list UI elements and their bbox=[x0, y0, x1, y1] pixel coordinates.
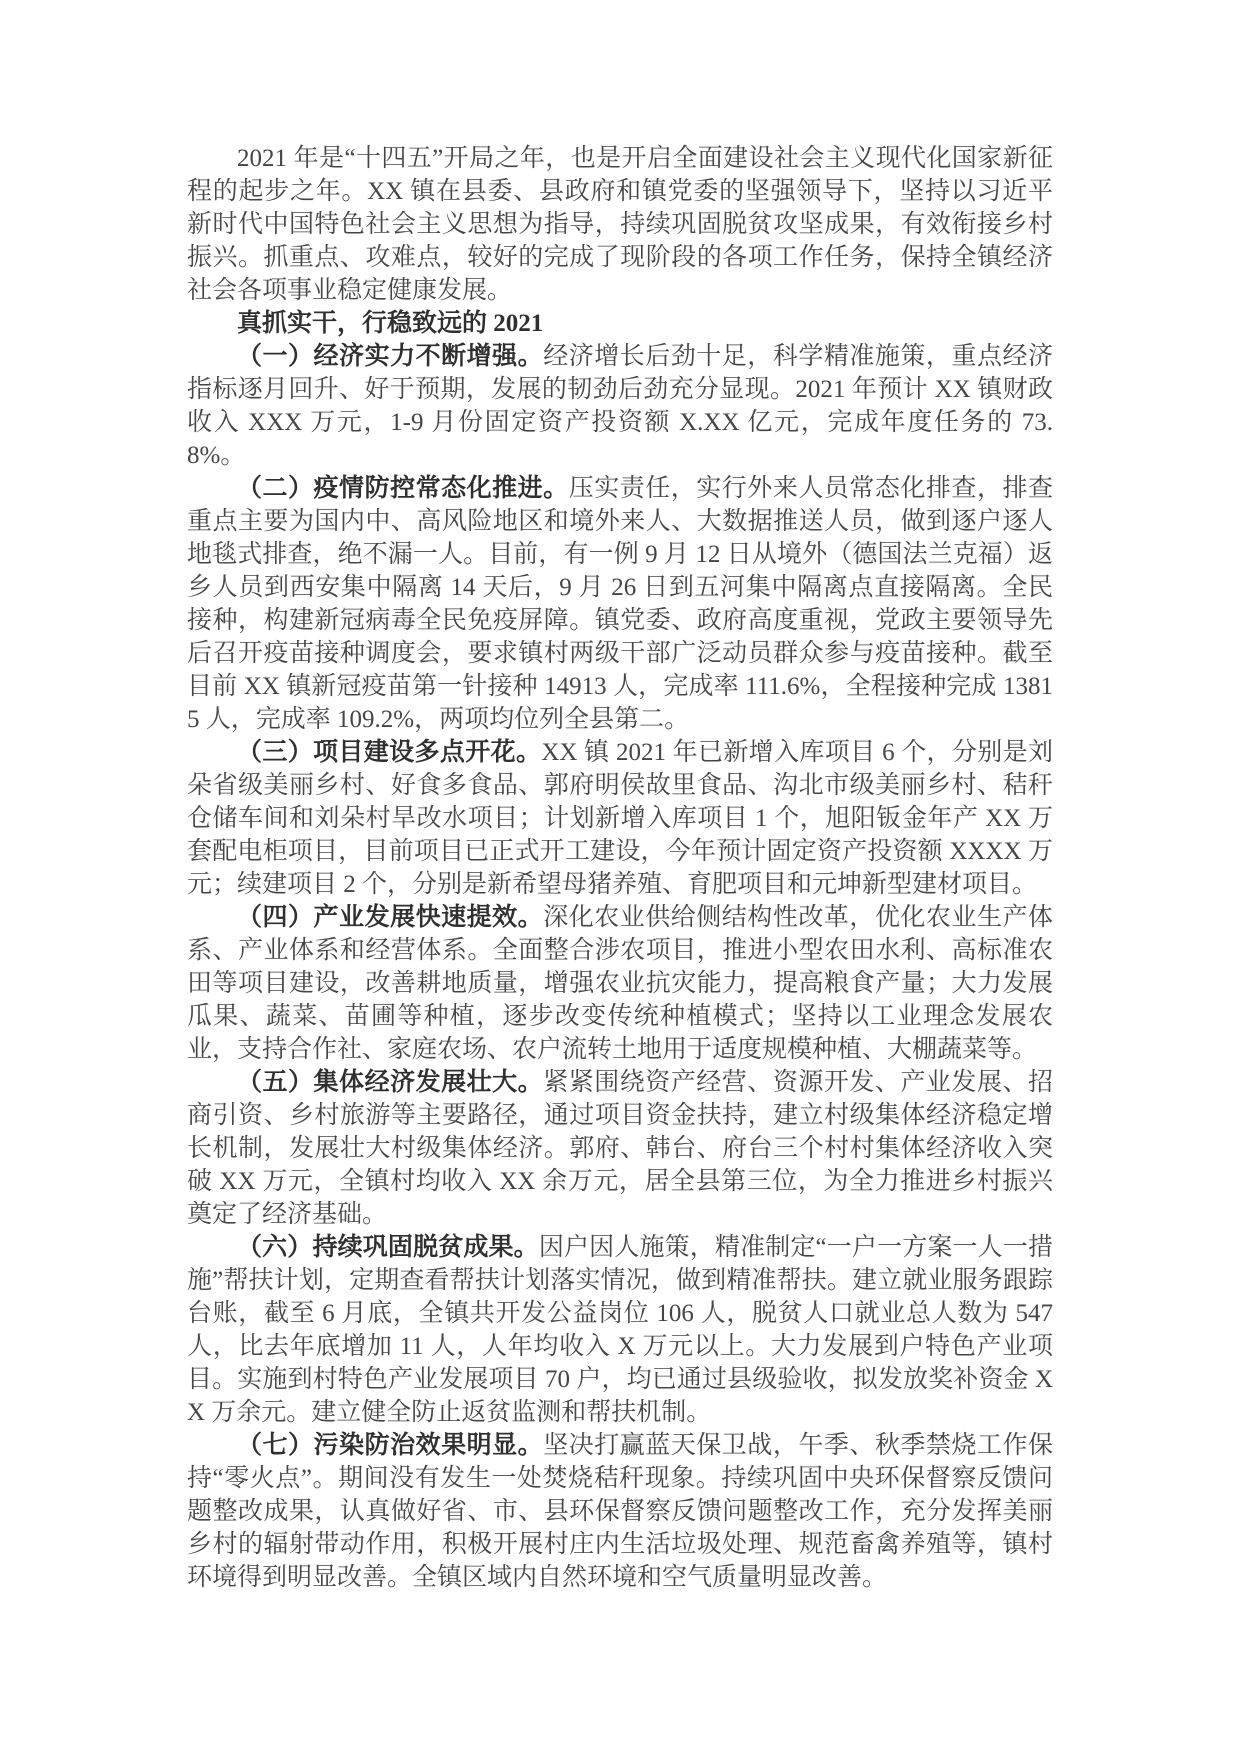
section-paragraph-3: （三）项目建设多点开花。XX 镇 2021 年已新增入库项目 6 个，分别是刘朵… bbox=[187, 736, 1053, 901]
section-paragraph-5: （五）集体经济发展壮大。紧紧围绕资产经营、资源开发、产业发展、招商引资、乡村旅游… bbox=[187, 1066, 1053, 1231]
section-body-6: 因户因人施策，精准制定“一户一方案一人一措施”帮扶计划，定期查看帮扶计划落实情况… bbox=[187, 1234, 1053, 1426]
document-page: 2021 年是“十四五”开局之年，也是开启全面建设社会主义现代化国家新征程的起步… bbox=[0, 0, 1240, 1754]
section-paragraph-6: （六）持续巩固脱贫成果。因户因人施策，精准制定“一户一方案一人一措施”帮扶计划，… bbox=[187, 1231, 1053, 1429]
section-title-7: （七）污染防治效果明显。 bbox=[237, 1432, 543, 1459]
section-paragraph-4: （四）产业发展快速提效。深化农业供给侧结构性改革，优化农业生产体系、产业体系和经… bbox=[187, 901, 1053, 1066]
section-paragraph-1: （一）经济实力不断增强。经济增长后劲十足，科学精准施策，重点经济指标逐月回升、好… bbox=[187, 340, 1053, 472]
intro-paragraph: 2021 年是“十四五”开局之年，也是开启全面建设社会主义现代化国家新征程的起步… bbox=[187, 142, 1053, 307]
section-title-1: （一）经济实力不断增强。 bbox=[237, 343, 543, 370]
section-title-4: （四）产业发展快速提效。 bbox=[237, 904, 543, 931]
section-title-6: （六）持续巩固脱贫成果。 bbox=[237, 1234, 539, 1261]
section-paragraph-7: （七）污染防治效果明显。坚决打赢蓝天保卫战，午季、秋季禁烧工作保持“零火点”。期… bbox=[187, 1429, 1053, 1594]
year-summary-heading: 真抓实干，行稳致远的 2021 bbox=[187, 307, 1053, 340]
document-content: 2021 年是“十四五”开局之年，也是开启全面建设社会主义现代化国家新征程的起步… bbox=[187, 142, 1053, 1594]
section-body-2: 压实责任，实行外来人员常态化排查，排查重点主要为国内中、高风险地区和境外来人、大… bbox=[187, 475, 1053, 733]
section-title-3: （三）项目建设多点开花。 bbox=[237, 739, 541, 766]
section-title-2: （二）疫情防控常态化推进。 bbox=[237, 475, 569, 502]
section-paragraph-2: （二）疫情防控常态化推进。压实责任，实行外来人员常态化排查，排查重点主要为国内中… bbox=[187, 472, 1053, 736]
section-title-5: （五）集体经济发展壮大。 bbox=[237, 1069, 543, 1096]
